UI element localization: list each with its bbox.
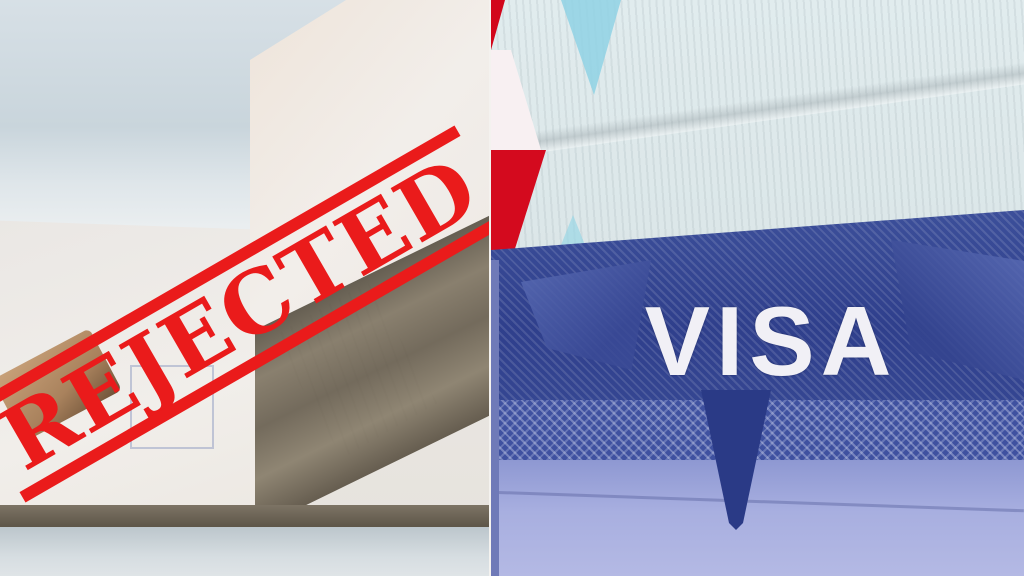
flag-red-stripe-top [491, 0, 505, 50]
table-surface [0, 527, 490, 576]
visa-left-edge [491, 260, 499, 576]
visa-text: VISA [621, 292, 921, 390]
visa-page-photo: VISA [491, 0, 1024, 576]
rejected-passport-photo: REJECTED [0, 0, 490, 576]
visa-lower-section [491, 460, 1024, 576]
passport-spine [0, 505, 490, 527]
